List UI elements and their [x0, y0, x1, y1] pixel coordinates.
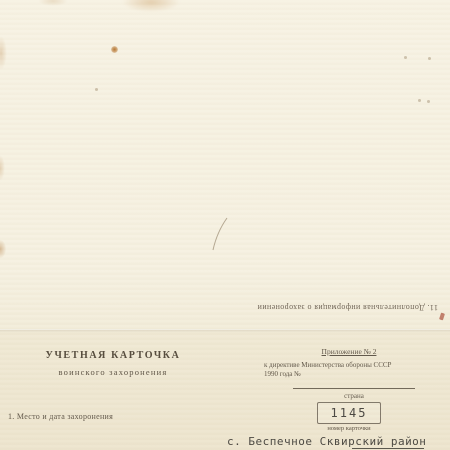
annex-reference-year: 1990 года № — [264, 370, 384, 378]
paper-stain — [122, 0, 180, 12]
paper-stain — [0, 155, 5, 181]
paper-speck — [404, 56, 407, 59]
country-label: страна — [293, 392, 415, 400]
card-number-value: 1145 — [331, 406, 368, 420]
paper-stain — [0, 36, 7, 70]
paper-stain — [0, 240, 6, 258]
card-title: УЧЕТНАЯ КАРТОЧКА — [38, 350, 188, 361]
paper-speck — [418, 99, 421, 102]
annex-reference-title: Приложение № 2 — [263, 347, 435, 356]
pencil-scratch-mark — [205, 212, 235, 257]
card-subtitle: воинского захоронения — [38, 367, 188, 377]
country-fill-line — [293, 388, 415, 389]
paper-speck — [428, 57, 431, 60]
annex-reference-directive: к директиве Министерства обороны СССР — [264, 361, 444, 369]
scan-texture-overlay — [0, 0, 450, 450]
paper-speck — [95, 88, 98, 91]
fold-crease — [0, 329, 450, 332]
scanned-card-page: 11. Дополнительная информация о захороне… — [0, 0, 450, 450]
burial-place-field-label: 1. Место и дата захоронения — [8, 412, 188, 421]
burial-place-underline — [352, 448, 424, 449]
paper-speck — [427, 100, 430, 103]
burial-place-typed-value: с. Беспечное Сквирский район — [227, 435, 447, 448]
flipped-section-heading: 11. Дополнительная информация о захороне… — [226, 299, 438, 312]
card-number-box: 1145 — [317, 402, 381, 424]
red-pen-mark — [439, 313, 445, 321]
card-number-caption: номер карточки — [303, 425, 395, 432]
paper-stain-dot — [111, 46, 118, 53]
paper-stain — [38, 0, 68, 6]
